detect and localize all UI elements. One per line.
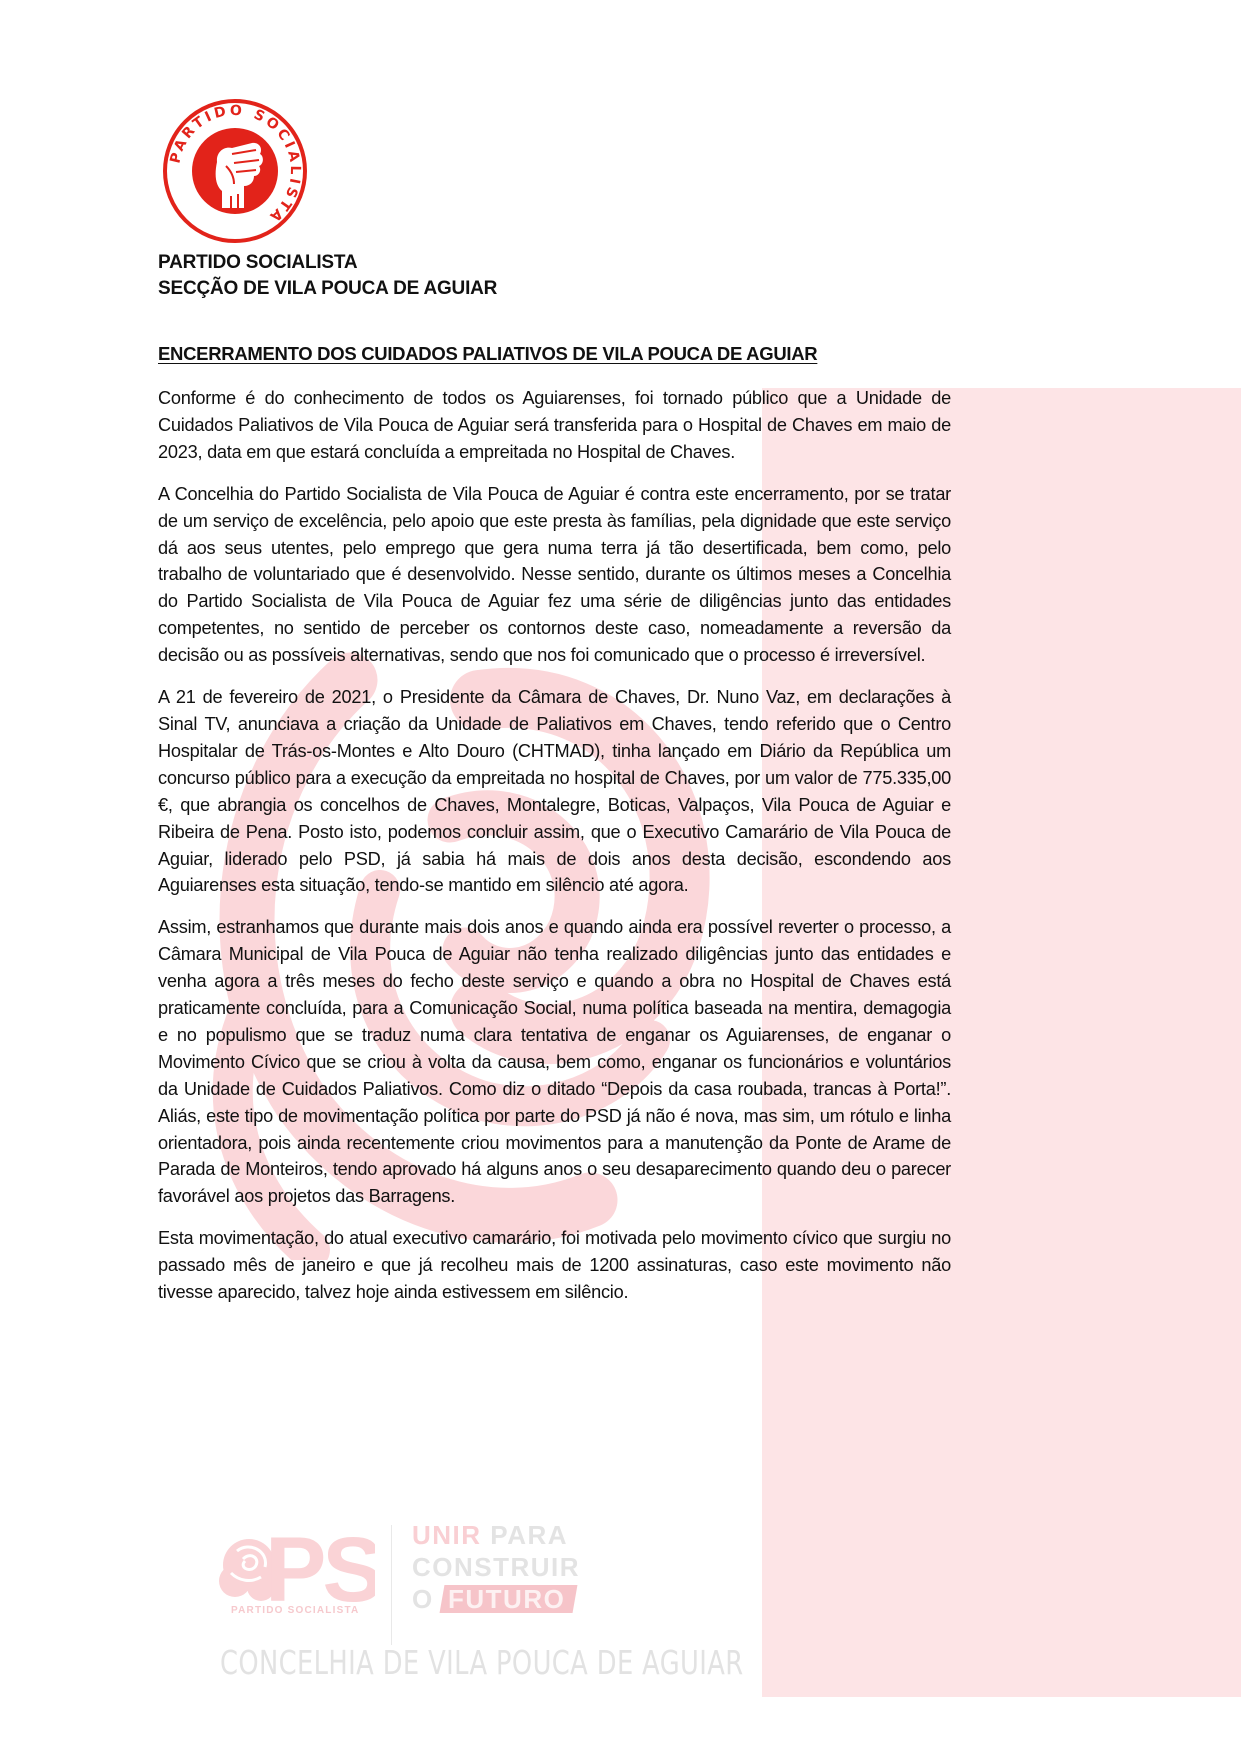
footer-branding: PS PARTIDO SOCIALISTA UNIR PARA CONSTRUI… [215,1505,635,1705]
slogan: UNIR PARA CONSTRUIR O FUTURO [412,1519,580,1615]
document-title: ENCERRAMENTO DOS CUIDADOS PALIATIVOS DE … [158,340,951,368]
svg-text:PS: PS [265,1519,375,1610]
paragraph: A 21 de fevereiro de 2021, o Presidente … [158,684,951,899]
organization-header: PARTIDO SOCIALISTA SECÇÃO DE VILA POUCA … [158,250,497,302]
slogan-word-para: PARA [490,1520,568,1550]
footer-divider [391,1525,392,1645]
slogan-word-futuro: FUTURO [448,1585,565,1613]
paragraph: Conforme é do conhecimento de todos os A… [158,385,951,466]
rose-icon: PS [215,1515,375,1610]
paragraph: A Concelhia do Partido Socialista de Vil… [158,481,951,669]
paragraph: Esta movimentação, do atual executivo ca… [158,1225,951,1306]
document-body: ENCERRAMENTO DOS CUIDADOS PALIATIVOS DE … [158,340,951,1321]
paragraph: Assim, estranhamos que durante mais dois… [158,914,951,1210]
slogan-banner: FUTURO [440,1585,578,1613]
organization-section: SECÇÃO DE VILA POUCA DE AGUIAR [158,276,497,302]
slogan-word-o: O [412,1584,434,1614]
slogan-line-construir: CONSTRUIR [412,1551,580,1583]
concelhia-label: CONCELHIA DE VILA POUCA DE AGUIAR [220,1643,744,1682]
slogan-word-unir: UNIR [412,1520,482,1550]
organization-name: PARTIDO SOCIALISTA [158,250,497,276]
party-logo-icon: PARTIDO SOCIALISTA [160,96,310,246]
ps-caption: PARTIDO SOCIALISTA [231,1605,359,1616]
